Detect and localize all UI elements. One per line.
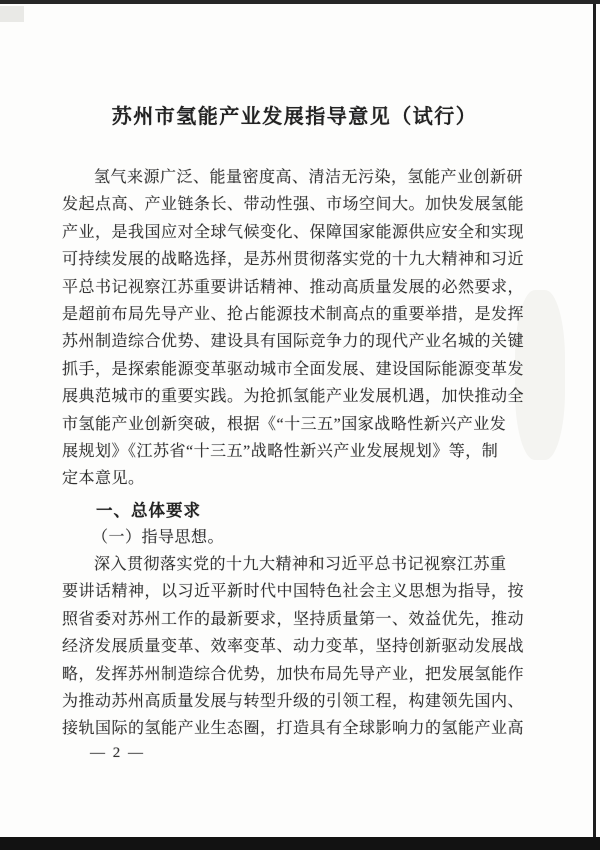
text-line: 苏州制造综合优势、建设具有国际竞争力的现代产业名城的关键: [62, 328, 527, 355]
text-line: 为推动苏州高质量发展与转型升级的引领工程，构建领先国内、: [62, 688, 527, 715]
section-heading: 一、总体要求: [62, 497, 561, 524]
text-line: 经济发展质量变革、效率变革、动力变革，坚持创新驱动发展战: [62, 633, 527, 660]
text-line: 是超前布局先导产业、抢占能源技术制高点的重要举措，是发挥: [62, 301, 527, 328]
subsection-heading: （一）指导思想。: [62, 524, 557, 551]
guiding-ideology-paragraph: 深入贯彻落实党的十九大精神和习近平总书记视察江苏重要讲话精神，以习近平新时代中国…: [62, 551, 527, 743]
text-line: 产业，是我国应对全球气候变化、保障国家能源供应安全和实现: [62, 219, 527, 246]
text-line: 接轨国际的氢能产业生态圈，打造具有全球影响力的氢能产业高: [62, 715, 527, 742]
photo-edge-top: [0, 0, 600, 4]
text-line: 照省委对苏州工作的最新要求，坚持质量第一、效益优先，推动: [62, 606, 527, 633]
text-line: 可持续发展的战略选择，是苏州贯彻落实党的十九大精神和习近: [62, 246, 527, 273]
document-title: 苏州市氢能产业发展指导意见（试行）: [62, 100, 527, 129]
photo-edge-bottom: [0, 837, 600, 850]
text-line: 深入贯彻落实党的十九大精神和习近平总书记视察江苏重: [62, 551, 527, 578]
scan-artifact: [0, 6, 24, 22]
text-line: 平总书记视察江苏重要讲话精神、推动高质量发展的必然要求，: [62, 274, 527, 301]
photo-edge-right: [593, 4, 596, 838]
text-line: 抓手，是探索能源变革驱动城市全面发展、建设国际能源变革发: [62, 356, 527, 383]
text-line: 展典范城市的重要实践。为抢抓氢能产业发展机遇，加快推动全: [62, 383, 527, 410]
page-number: — 2 —: [62, 745, 145, 762]
text-line: 要讲话精神，以习近平新时代中国特色社会主义思想为指导，按: [62, 578, 527, 605]
text-line: 展规划》《江苏省“十三五”战略性新兴产业发展规划》等，制: [62, 438, 527, 465]
text-line: 发起点高、产业链条长、带动性强、市场空间大。加快发展氢能: [62, 191, 527, 218]
text-line: 氢气来源广泛、能量密度高、清洁无污染，氢能产业创新研: [62, 164, 527, 191]
text-line: 市氢能产业创新突破，根据《“十三五”国家战略性新兴产业发: [62, 411, 527, 438]
text-line: 定本意见。: [62, 465, 527, 492]
text-line: 略，发挥苏州制造综合优势，加快布局先导产业，把发展氢能作: [62, 661, 527, 688]
intro-paragraph: 氢气来源广泛、能量密度高、清洁无污染，氢能产业创新研发起点高、产业链条长、带动性…: [62, 164, 527, 493]
